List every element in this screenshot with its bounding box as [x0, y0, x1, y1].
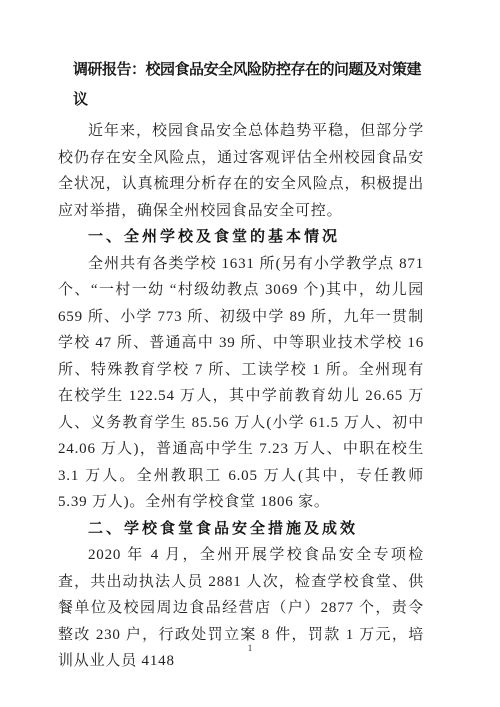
report-title: 调研报告：校园食品安全风险防控存在的问题及对策建议 — [58, 55, 424, 115]
section-heading-2: 二、学校食堂食品安全措施及成效 — [58, 516, 424, 543]
section-1-paragraph: 全州共有各类学校 1631 所(另有小学教学点 871 个、“一村一幼 “村级幼… — [58, 251, 424, 516]
document-page: 调研报告：校园食品安全风险防控存在的问题及对策建议 近年来，校园食品安全总体趋势… — [0, 0, 500, 707]
section-2-paragraph: 2020 年 4 月，全州开展学校食品安全专项检查，共出动执法人员 2881 人… — [58, 542, 424, 675]
section-heading-1: 一、全州学校及食堂的基本情况 — [58, 224, 424, 251]
intro-paragraph: 近年来，校园食品安全总体趋势平稳，但部分学校仍存在安全风险点，通过客观评估全州校… — [58, 118, 424, 224]
page-number: 1 — [0, 644, 500, 654]
document-body: 调研报告：校园食品安全风险防控存在的问题及对策建议 近年来，校园食品安全总体趋势… — [58, 55, 424, 675]
